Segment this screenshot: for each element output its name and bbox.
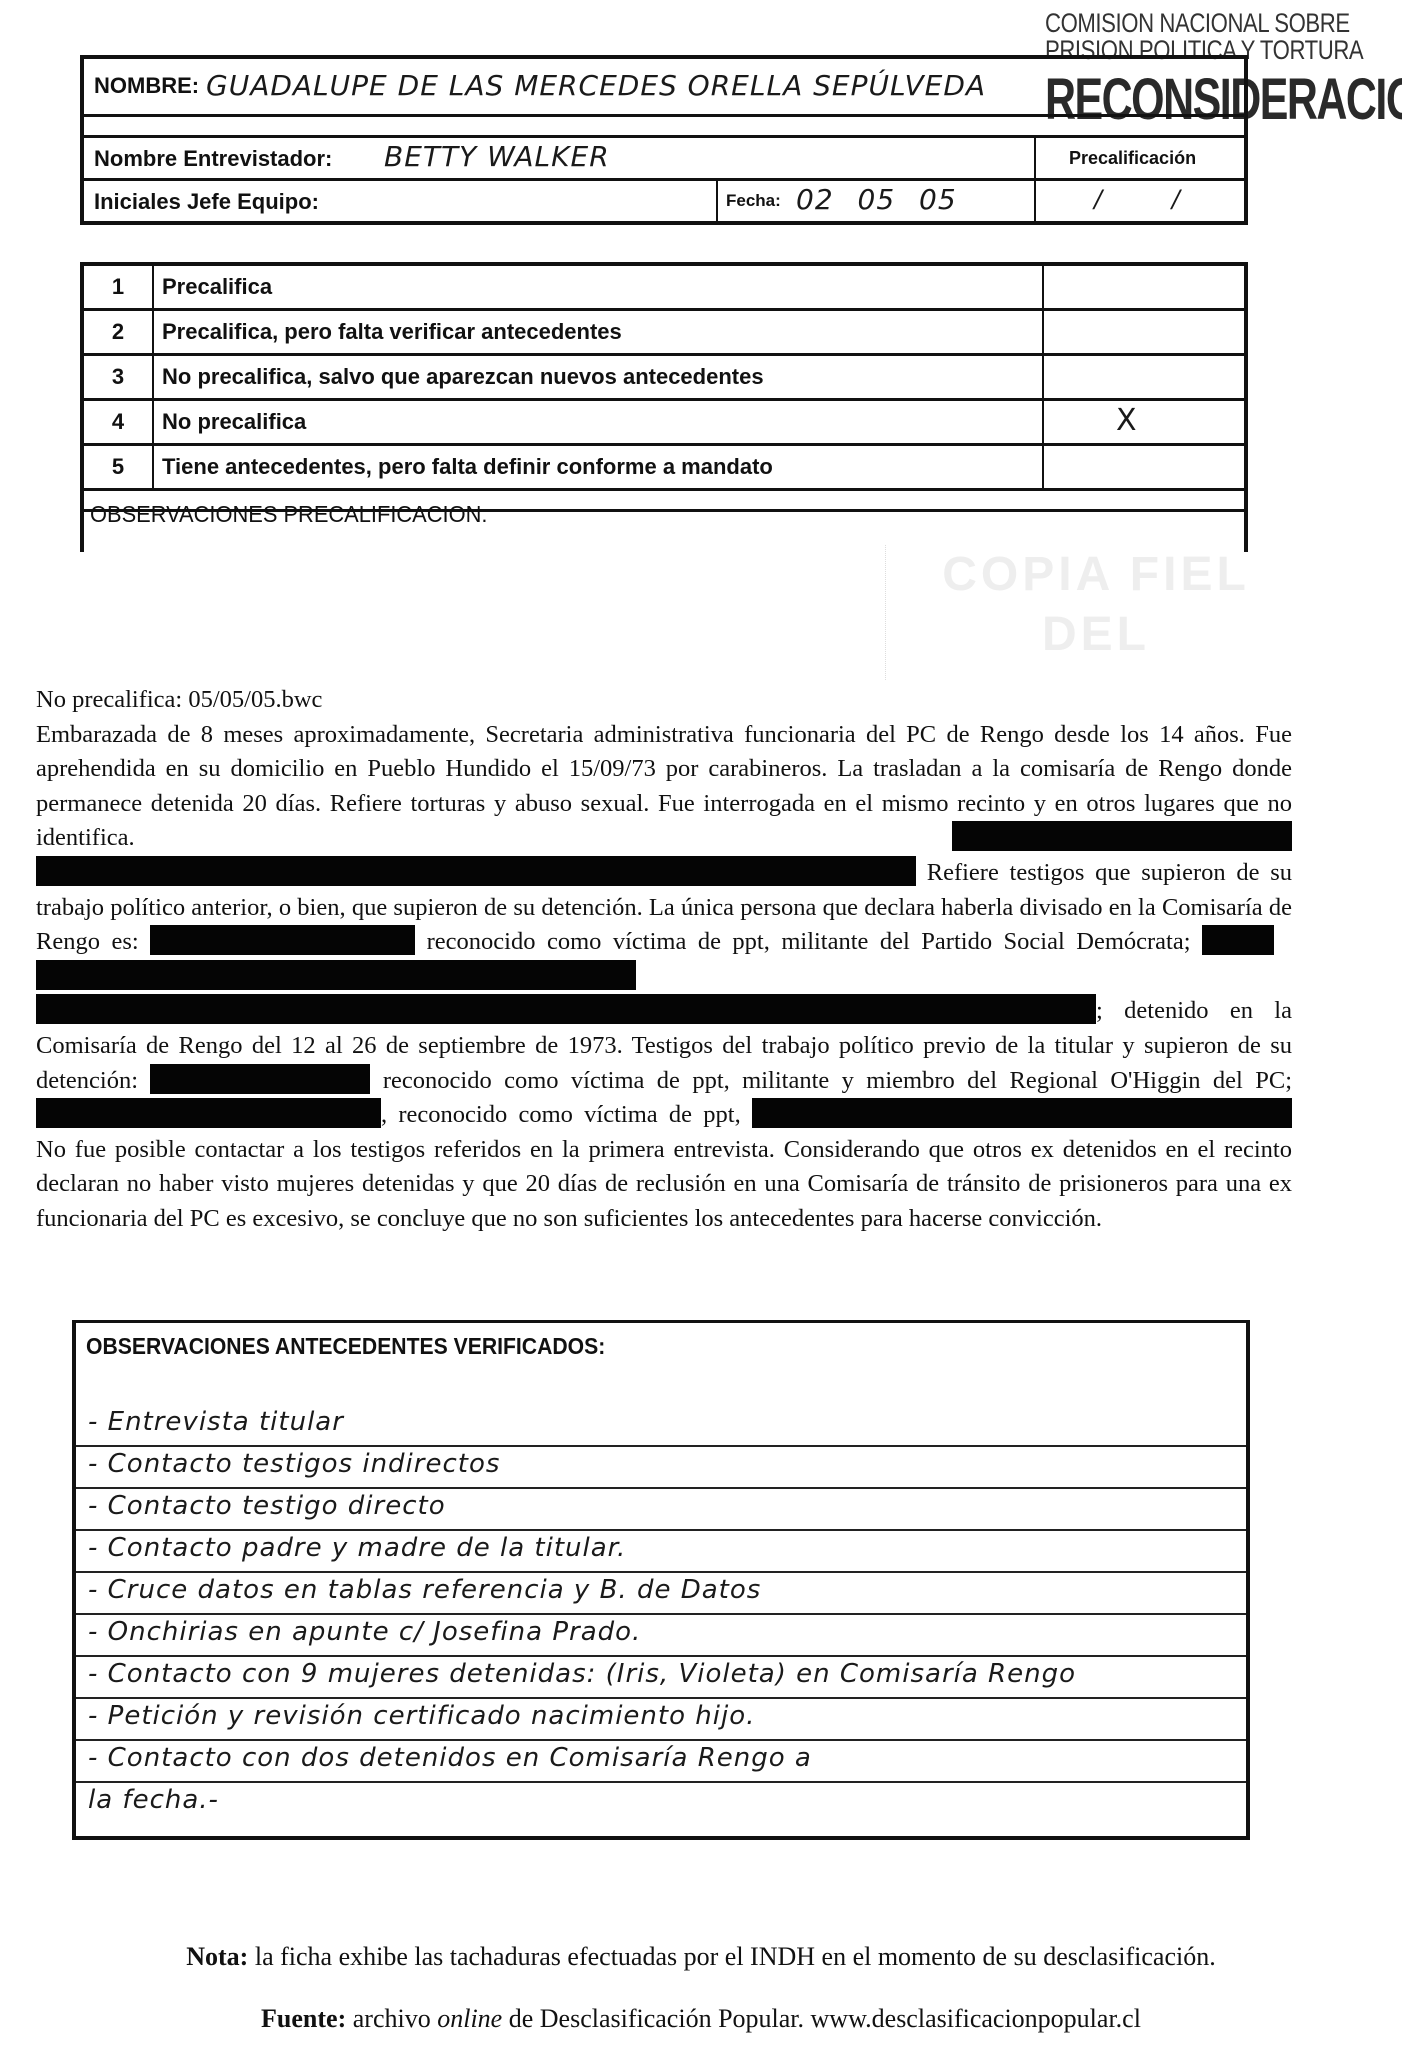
redaction [36,960,636,990]
row-number: 1 [84,266,154,308]
fuente-italic: online [437,2004,502,2033]
redaction [150,1064,370,1094]
row-label: Precalifica, pero falta verificar antece… [162,311,622,353]
nombre-label: NOMBRE: [94,73,199,99]
ruled-line [76,1445,1246,1447]
row-number: 3 [84,356,154,398]
fuente-text: archivo [346,2004,437,2033]
fuente-text: de Desclasificación Popular. www.desclas… [502,2004,1141,2033]
verificado-item: - Contacto con 9 mujeres detenidas: (Iri… [88,1659,1076,1689]
ruled-line [76,1781,1246,1783]
verificados-title: OBSERVACIONES ANTECEDENTES VERIFICADOS: [86,1333,605,1360]
divider [1034,181,1036,221]
row-label: Precalifica [162,266,272,308]
verificado-item: - Entrevista titular [88,1407,344,1437]
row-number: 2 [84,311,154,353]
ruled-line [76,1655,1246,1657]
redaction [150,925,415,955]
verificado-item: - Onchirias en apunte c/ Josefina Prado. [88,1617,641,1647]
redaction [752,1098,1292,1128]
header-form: NOMBRE: GUADALUPE DE LAS MERCEDES ORELLA… [80,55,1248,225]
ruled-line [76,1739,1246,1741]
text-segment: , reconocido como víctima de ppt, [381,1101,741,1128]
ruled-line [76,1571,1246,1573]
nota-text: la ficha exhibe las tachaduras efectuada… [248,1942,1215,1971]
entrevistador-label: Nombre Entrevistador: [94,146,332,172]
checklist-row: 3No precalifica, salvo que aparezcan nue… [84,356,1244,401]
verificado-item: - Cruce datos en tablas referencia y B. … [88,1575,761,1605]
divider [716,181,718,221]
ruled-line [76,1529,1246,1531]
redaction [36,1098,381,1128]
check-mark-icon: X [1116,403,1138,438]
redaction [36,994,1096,1024]
checklist-row: 4No precalificaX [84,401,1244,446]
check-box[interactable] [1042,266,1244,308]
verificado-item: la fecha.- [88,1785,219,1815]
row-number: 5 [84,446,154,488]
jefe-label: Iniciales Jefe Equipo: [94,189,319,215]
check-box[interactable] [1042,311,1244,353]
footer-note: Nota: la ficha exhibe las tachaduras efe… [0,1942,1402,1972]
redaction [36,856,916,886]
redaction [952,821,1292,851]
verificado-item: - Contacto con dos detenidos en Comisarí… [88,1743,812,1773]
checklist-row: 5Tiene antecedentes, pero falta definir … [84,446,1244,491]
redaction [1202,925,1274,955]
row-jefe-equipo: Iniciales Jefe Equipo: Fecha: 02 05 05 /… [84,181,1244,221]
evaluation-body: Embarazada de 8 meses aproximadamente, S… [36,718,1292,1237]
fecha-value: 02 05 05 [796,183,957,216]
footer-source: Fuente: archivo online de Desclasificaci… [0,2004,1402,2034]
check-box[interactable]: X [1042,401,1244,443]
row-label: Tiene antecedentes, pero falta definir c… [162,446,773,488]
observaciones-precalificacion-label: OBSERVACIONES PRECALIFICACION: [90,501,487,528]
fuente-label: Fuente: [261,2004,346,2033]
divider [1034,138,1036,178]
ruled-line [76,1487,1246,1489]
ruled-line [76,1697,1246,1699]
verificado-item: - Contacto testigos indirectos [88,1449,500,1479]
evaluation-text: No precalifica: 05/05/05.bwc Embarazada … [36,683,1292,1237]
redaction-gap [1274,925,1292,955]
precalificacion-checklist: 1Precalifica2Precalifica, pero falta ver… [80,262,1248,552]
row-label: No precalifica, salvo que aparezcan nuev… [162,356,764,398]
faint-stamp: COPIA FIEL DEL [885,545,1306,680]
precalificacion-label: Precalificación [1069,148,1196,169]
evaluation-heading: No precalifica: 05/05/05.bwc [36,683,1292,718]
nota-label: Nota: [186,1942,248,1971]
checklist-row: 1Precalifica [84,266,1244,311]
row-blank [84,117,1244,138]
checklist-row: 2Precalifica, pero falta verificar antec… [84,311,1244,356]
ruled-line [76,1613,1246,1615]
text-segment: reconocido como víctima de ppt, militant… [427,928,1191,955]
verificado-item: - Contacto padre y madre de la titular. [88,1533,626,1563]
nombre-value: GUADALUPE DE LAS MERCEDES ORELLA SEPÚLVE… [206,69,986,102]
check-box[interactable] [1042,356,1244,398]
check-box[interactable] [1042,446,1244,488]
row-entrevistador: Nombre Entrevistador: BETTY WALKER Preca… [84,138,1244,181]
observaciones-verificados: OBSERVACIONES ANTECEDENTES VERIFICADOS: … [72,1320,1250,1840]
text-segment: No fue posible contactar a los testigos … [36,1136,1292,1232]
precalificacion-date: / / [1094,185,1181,213]
verificado-item: - Petición y revisión certificado nacimi… [88,1701,755,1731]
row-nombre: NOMBRE: GUADALUPE DE LAS MERCEDES ORELLA… [84,59,1244,117]
verificado-item: - Contacto testigo directo [88,1491,446,1521]
row-label: No precalifica [162,401,306,443]
fecha-label: Fecha: [726,191,781,211]
entrevistador-value: BETTY WALKER [384,140,610,173]
text-segment: reconocido como víctima de ppt, militant… [383,1067,1292,1094]
row-number: 4 [84,401,154,443]
